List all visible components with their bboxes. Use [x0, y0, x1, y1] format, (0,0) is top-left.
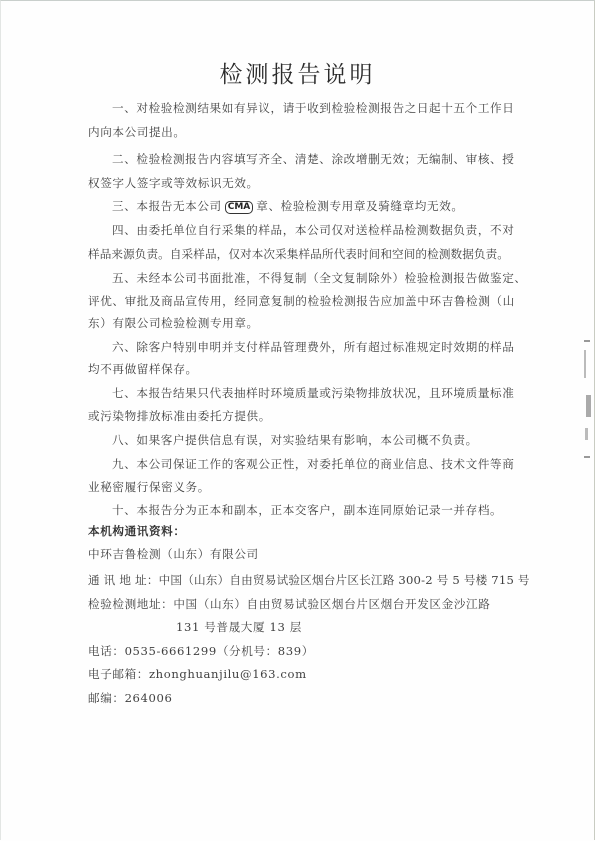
clause-1-line-1: 一、对检验检测结果如有异议，请于收到检验检测报告之日起十五个工作日 — [112, 101, 508, 115]
clause-3-line: 三、本报告无本公司CMA章、检验检测专用章及骑缝章均无效。 — [112, 199, 508, 214]
contact-company: 中环吉鲁检测（山东）有限公司 — [88, 547, 508, 561]
clause-8-line-1: 八、如果客户提供信息有误，对实验结果有影响，本公司概不负责。 — [112, 433, 508, 447]
clause-6-line-1: 六、除客户特别申明并支付样品管理费外，所有超过标准规定时效期的样品 — [112, 340, 508, 354]
clause-3-post: 章、检验检测专用章及骑缝章均无效。 — [256, 199, 463, 213]
clause-1-line-2: 内向本公司提出。 — [88, 125, 508, 139]
contact-phone: 电话：0535-6661299（分机号：839） — [88, 644, 508, 658]
clause-9-line-1: 九、本公司保证工作的客观公正性，对委托单位的商业信息、技术文件等商 — [112, 457, 508, 471]
clause-10-line-1: 十、本报告分为正本和副本，正本交客户，副本连同原始记录一并存档。 — [112, 503, 508, 517]
page-title: 检测报告说明 — [0, 56, 595, 89]
contact-email: 电子邮箱：zhonghuanjilu@163.com — [88, 667, 508, 681]
contact-postcode: 邮编：264006 — [88, 691, 508, 705]
clause-2-line-1: 二、检验检测报告内容填写齐全、清楚、涂改增删无效；无编制、审核、授 — [112, 152, 508, 166]
clause-4-line-1: 四、由委托单位自行采集的样品，本公司仅对送检样品检测数据负责，不对 — [112, 223, 508, 237]
contact-heading: 本机构通讯资料： — [88, 524, 508, 538]
contact-lab-address-1: 检验检测地址：中国（山东）自由贸易试验区烟台片区烟台开发区金沙江路 — [88, 597, 508, 611]
clause-4-line-2: 样品来源负责。自采样品，仅对本次采集样品所代表时间和空间的检测数据负责。 — [88, 247, 508, 261]
cma-logo-icon: CMA — [225, 201, 254, 214]
seal-edge-mark — [580, 340, 594, 460]
clause-5-line-2: 评优、审批及商品宣传用，经同意复制的检验检测报告应加盖中环吉鲁检测（山 — [88, 294, 508, 308]
clause-5-line-1: 五、未经本公司书面批准，不得复制（全文复制除外）检验检测报告做鉴定、 — [112, 271, 508, 285]
clause-2-line-2: 权签字人签字或等效标识无效。 — [88, 176, 508, 190]
contact-mail-address: 通 讯 地 址：中国（山东）自由贸易试验区烟台片区长江路 300-2 号 5 号… — [88, 573, 508, 587]
clause-6-line-2: 均不再做留样保存。 — [88, 362, 508, 376]
clause-7-line-2: 或污染物排放标准由委托方提供。 — [88, 409, 508, 423]
clause-5-line-3: 东）有限公司检验检测专用章。 — [88, 316, 508, 330]
clause-9-line-2: 业秘密履行保密义务。 — [88, 480, 508, 494]
clause-3-pre: 三、本报告无本公司 — [112, 199, 222, 213]
contact-lab-address-2: 131 号普晟大厦 13 层 — [176, 620, 595, 634]
clause-7-line-1: 七、本报告结果只代表抽样时环境质量或污染物排放状况，且环境质量标准 — [112, 386, 508, 400]
